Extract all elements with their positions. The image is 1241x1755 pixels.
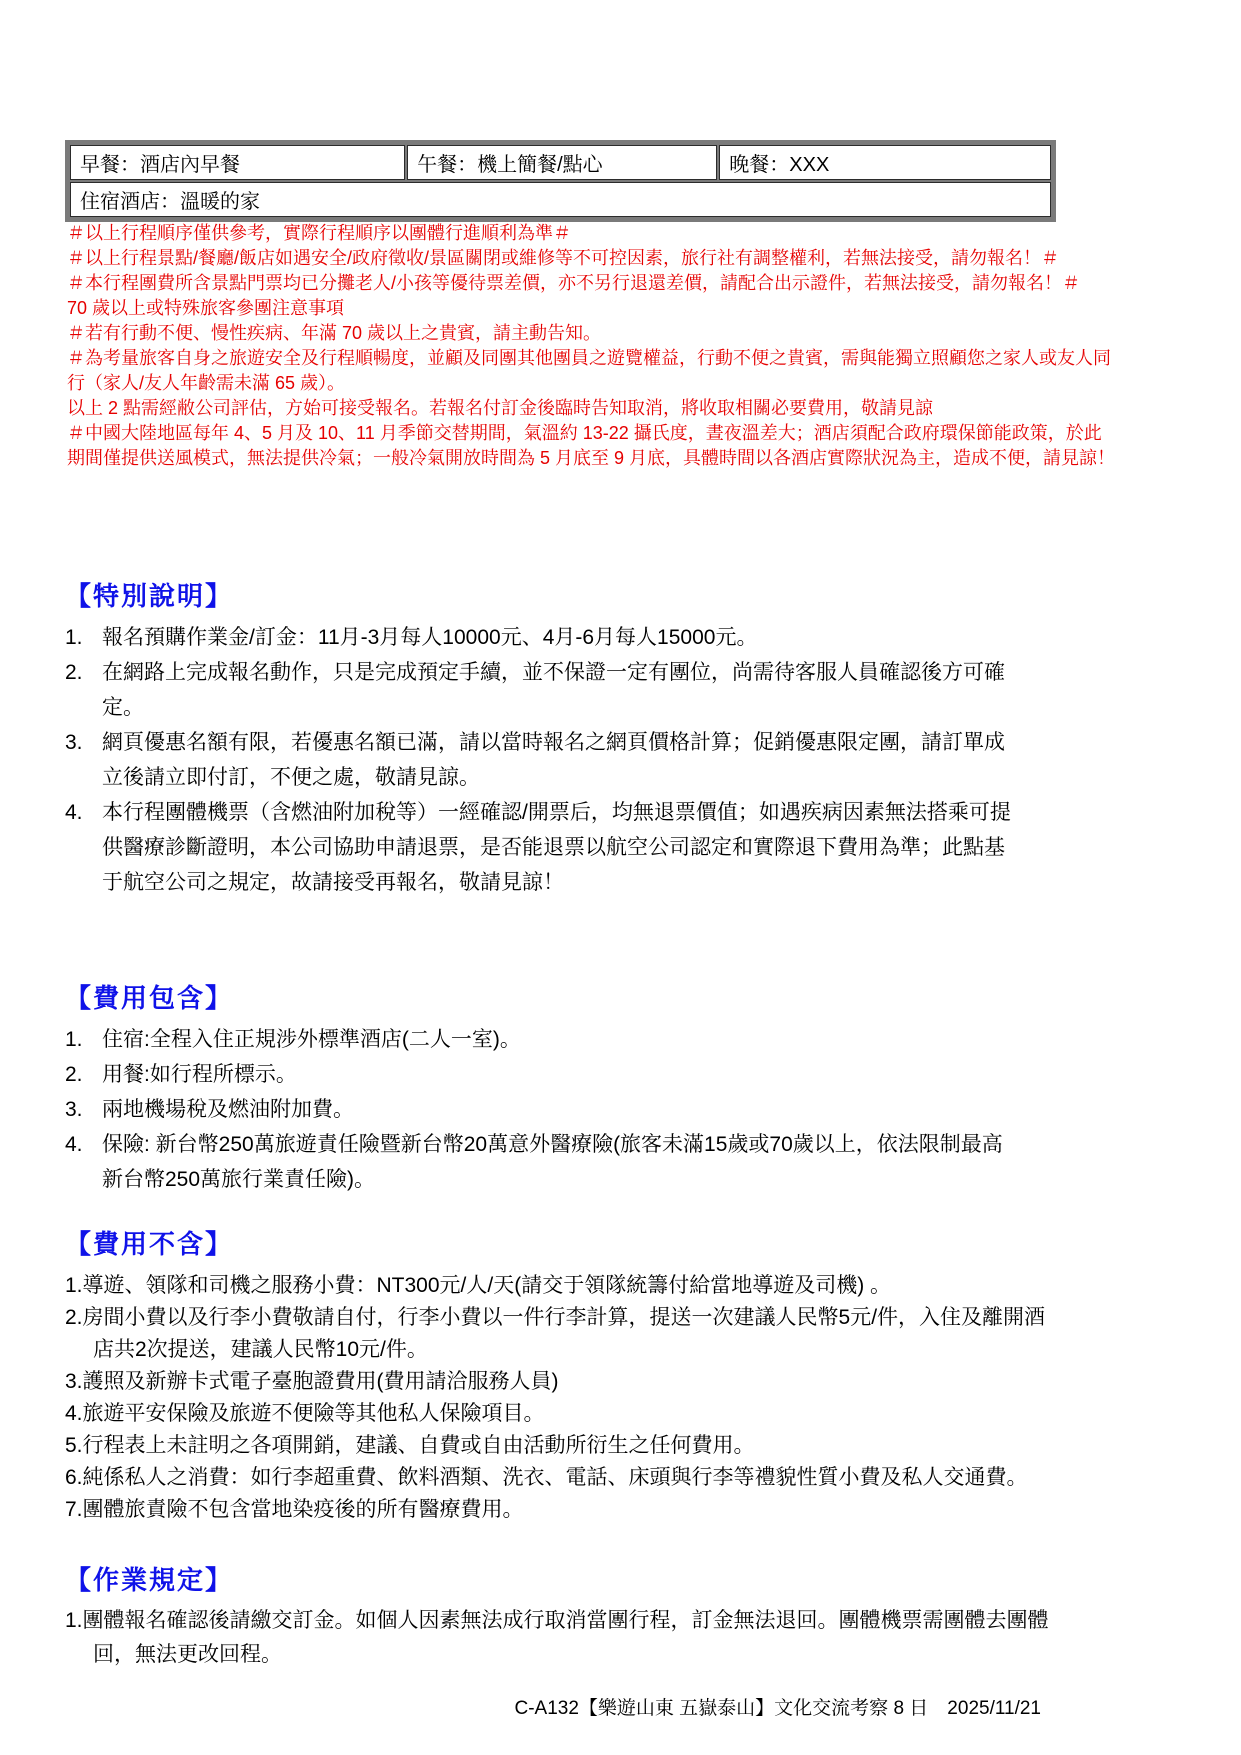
list-item: 4.旅遊平安保險及旅遊不便險等其他私人保險項目。 xyxy=(65,1398,1061,1430)
list-item: 1. 住宿:全程入住正規涉外標準酒店(二人一室)。 xyxy=(65,1022,1017,1057)
item-text: 本行程團體機票（含燃油附加稅等）一經確認/開票后，均無退票價值；如遇疾病因素無法… xyxy=(102,795,1017,900)
notice-block: ＃以上行程順序僅供參考，實際行程順序以團體行進順利為準＃ ＃以上行程景點/餐廳/… xyxy=(67,221,1119,471)
list-item: 2.房間小費以及行李小費敬請自付，行李小費以一件行李計算，提送一次建議人民幣5元… xyxy=(65,1302,1061,1366)
notice-line: 以上 2 點需經敝公司評估，方始可接受報名。若報名付訂金後臨時告知取消，將收取相… xyxy=(67,396,1119,421)
list-item: 3. 兩地機場稅及燃油附加費。 xyxy=(65,1092,1017,1127)
item-number: 4. xyxy=(65,795,102,900)
lunch-cell: 午餐：機上簡餐/點心 xyxy=(407,145,717,180)
item-number: 1. xyxy=(65,620,102,655)
item-number: 4. xyxy=(65,1127,102,1197)
section-cost-excludes: 【費用不含】 1.導遊、領隊和司機之服務小費：NT300元/人/天(請交于領隊統… xyxy=(65,1226,1061,1526)
section-title-rules: 【作業規定】 xyxy=(65,1562,1061,1598)
page-footer: C-A132【樂遊山東 五嶽泰山】文化交流考察 8 日 2025/11/21 xyxy=(65,1697,1041,1721)
notice-line: ＃以上行程順序僅供參考，實際行程順序以團體行進順利為準＃ xyxy=(67,221,1119,246)
list-item: 2. 用餐:如行程所標示。 xyxy=(65,1057,1017,1092)
notice-line: ＃本行程團費所含景點門票均已分攤老人/小孩等優待票差價，亦不另行退還差價，請配合… xyxy=(67,271,1119,296)
notice-line: 70 歲以上或特殊旅客參團注意事項 xyxy=(67,296,1119,321)
notice-line: ＃若有行動不便、慢性疾病、年滿 70 歲以上之貴賓，請主動告知。 xyxy=(67,321,1119,346)
hotel-cell: 住宿酒店：溫暖的家 xyxy=(70,182,1051,217)
section-cost-includes: 【費用包含】 1. 住宿:全程入住正規涉外標準酒店(二人一室)。 2. 用餐:如… xyxy=(65,980,1017,1197)
item-text: 兩地機場稅及燃油附加費。 xyxy=(102,1092,1017,1127)
notice-line: ＃為考量旅客自身之旅遊安全及行程順暢度，並顧及同團其他團員之遊覽權益，行動不便之… xyxy=(67,346,1119,396)
section-title-include: 【費用包含】 xyxy=(65,980,1017,1016)
list-item: 5.行程表上未註明之各項開銷，建議、自費或自由活動所衍生之任何費用。 xyxy=(65,1430,1061,1462)
item-text: 網頁優惠名額有限，若優惠名額已滿，請以當時報名之網頁價格計算；促銷優惠限定團，請… xyxy=(102,725,1017,795)
list-item: 4. 本行程團體機票（含燃油附加稅等）一經確認/開票后，均無退票價值；如遇疾病因… xyxy=(65,795,1017,900)
meals-table: 早餐：酒店內早餐 午餐：機上簡餐/點心 晚餐：XXX 住宿酒店：溫暖的家 xyxy=(65,140,1056,222)
notice-line: ＃中國大陸地區每年 4、5 月及 10、11 月季節交替期間，氣溫約 13-22… xyxy=(67,421,1119,471)
meals-row: 早餐：酒店內早餐 午餐：機上簡餐/點心 晚餐：XXX xyxy=(70,145,1051,180)
section-operation-rules: 【作業規定】 1.團體報名確認後請繳交訂金。如個人因素無法成行取消當團行程，訂金… xyxy=(65,1562,1061,1672)
list-item: 1. 報名預購作業金/訂金：11月-3月每人10000元、4月-6月每人1500… xyxy=(65,620,1017,655)
item-text: 用餐:如行程所標示。 xyxy=(102,1057,1017,1092)
dinner-cell: 晚餐：XXX xyxy=(719,145,1051,180)
item-text: 報名預購作業金/訂金：11月-3月每人10000元、4月-6月每人15000元。 xyxy=(102,620,1017,655)
hotel-row: 住宿酒店：溫暖的家 xyxy=(70,182,1051,217)
section-title-special: 【特別說明】 xyxy=(65,578,1017,614)
section-title-exclude: 【費用不含】 xyxy=(65,1226,1061,1262)
list-item: 1.團體報名確認後請繳交訂金。如個人因素無法成行取消當團行程，訂金無法退回。團體… xyxy=(65,1604,1061,1672)
list-item: 3.護照及新辦卡式電子臺胞證費用(費用請洽服務人員) xyxy=(65,1366,1061,1398)
item-number: 2. xyxy=(65,655,102,725)
item-text: 在網路上完成報名動作，只是完成預定手續，並不保證一定有團位，尚需待客服人員確認後… xyxy=(102,655,1017,725)
item-number: 2. xyxy=(65,1057,102,1092)
notice-line: ＃以上行程景點/餐廳/飯店如遇安全/政府徵收/景區關閉或維修等不可控因素，旅行社… xyxy=(67,246,1119,271)
section-special-notes: 【特別說明】 1. 報名預購作業金/訂金：11月-3月每人10000元、4月-6… xyxy=(65,578,1017,900)
breakfast-cell: 早餐：酒店內早餐 xyxy=(70,145,405,180)
document-page: 早餐：酒店內早餐 午餐：機上簡餐/點心 晚餐：XXX 住宿酒店：溫暖的家 ＃以上… xyxy=(0,0,1241,1755)
item-text: 住宿:全程入住正規涉外標準酒店(二人一室)。 xyxy=(102,1022,1017,1057)
item-number: 3. xyxy=(65,725,102,795)
list-item: 6.純係私人之消費：如行李超重費、飲料酒類、洗衣、電話、床頭與行李等禮貌性質小費… xyxy=(65,1462,1061,1494)
list-item: 2. 在網路上完成報名動作，只是完成預定手續，並不保證一定有團位，尚需待客服人員… xyxy=(65,655,1017,725)
list-item: 4. 保險: 新台幣250萬旅遊責任險暨新台幣20萬意外醫療險(旅客未滿15歲或… xyxy=(65,1127,1017,1197)
list-item: 7.團體旅責險不包含當地染疫後的所有醫療費用。 xyxy=(65,1494,1061,1526)
item-number: 3. xyxy=(65,1092,102,1127)
item-number: 1. xyxy=(65,1022,102,1057)
item-text: 保險: 新台幣250萬旅遊責任險暨新台幣20萬意外醫療險(旅客未滿15歲或70歲… xyxy=(102,1127,1017,1197)
list-item: 1.導遊、領隊和司機之服務小費：NT300元/人/天(請交于領隊統籌付給當地導遊… xyxy=(65,1270,1061,1302)
list-item: 3. 網頁優惠名額有限，若優惠名額已滿，請以當時報名之網頁價格計算；促銷優惠限定… xyxy=(65,725,1017,795)
